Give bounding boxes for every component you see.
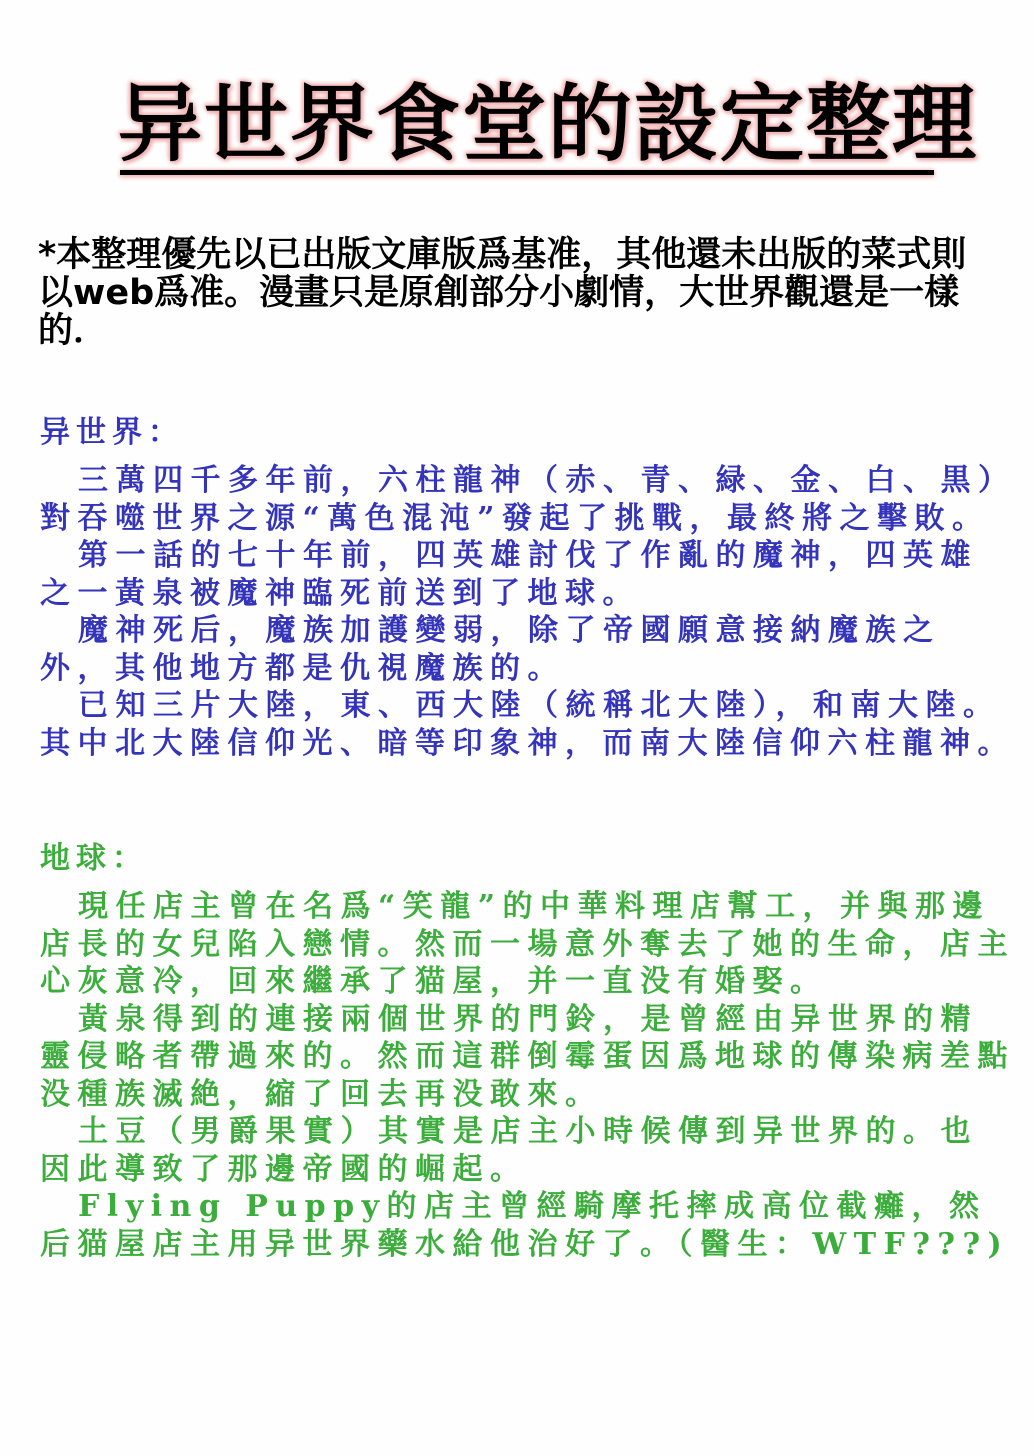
page-title: 异世界食堂的設定整理 — [118, 78, 938, 170]
page-title-block: 异世界食堂的設定整理 — [118, 78, 938, 178]
section-heading-earth: 地球： — [40, 840, 1015, 878]
paragraph: 現任店主曾在名爲“笑龍”的中華料理店幫工，并與那邊店長的女兒陷入戀情。然而一場意… — [40, 888, 1015, 1001]
paragraph: 黃泉得到的連接兩個世界的門鈴，是曾經由异世界的精靈侵略者帶過來的。然而這群倒霉蛋… — [40, 1001, 1015, 1114]
paragraph: 土豆（男爵果實）其實是店主小時候傳到异世界的。也因此導致了那邊帝國的崛起。 — [40, 1113, 1015, 1188]
paragraph: 已知三片大陸，東、西大陸（統稱北大陸），和南大陸。其中北大陸信仰光、暗等印象神，… — [40, 687, 1015, 762]
paragraph: 魔神死后，魔族加護變弱，除了帝國願意接納魔族之外，其他地方都是仇視魔族的。 — [40, 612, 1015, 687]
title-underline — [120, 170, 934, 175]
intro-note: *本整理優先以已出版文庫版爲基准，其他還未出版的菜式則以web爲准。漫畫只是原創… — [38, 236, 998, 350]
paragraph: 第一話的七十年前，四英雄討伐了作亂的魔神，四英雄之一黃泉被魔神臨死前送到了地球。 — [40, 537, 1015, 612]
section-heading-isekai: 异世界： — [40, 414, 1015, 452]
section-isekai: 异世界： 三萬四千多年前，六柱龍神（赤、青、緑、金、白、黒）對吞噬世界之源“萬色… — [40, 414, 1015, 762]
section-earth: 地球： 現任店主曾在名爲“笑龍”的中華料理店幫工，并與那邊店長的女兒陷入戀情。然… — [40, 840, 1015, 1263]
paragraph: Flying Puppy的店主曾經騎摩托摔成高位截癱，然后猫屋店主用异世界藥水給… — [40, 1188, 1015, 1263]
paragraph: 三萬四千多年前，六柱龍神（赤、青、緑、金、白、黒）對吞噬世界之源“萬色混沌”發起… — [40, 462, 1015, 537]
